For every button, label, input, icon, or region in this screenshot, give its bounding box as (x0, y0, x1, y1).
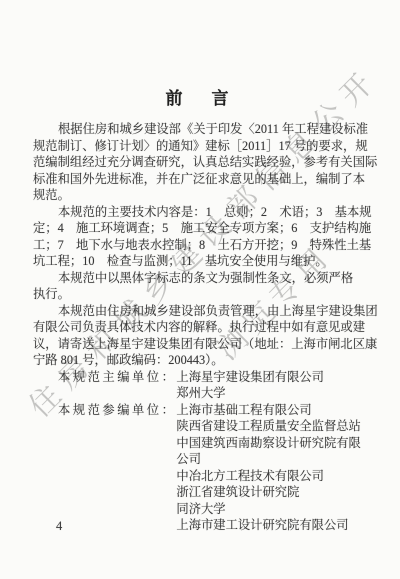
paragraph: 根据住房和城乡建设部《关于印发〈2011 年工程建设标准 规范制订、修订计划〉的… (33, 121, 363, 204)
editor-unit: 陕西省建设工程质量安全监督总站 (176, 418, 368, 435)
text-line: 有限公司负责具体技术内容的解释。执行过程中如有意见或建 (33, 319, 363, 336)
editor-unit: 中冶北方工程技术有限公司 (176, 468, 368, 485)
document-body: 根据住房和城乡建设部《关于印发〈2011 年工程建设标准 规范制订、修订计划〉的… (33, 121, 363, 534)
text-line: 规范。 (33, 187, 363, 204)
chief-editor-row: 本规范主编单位： 上海星宇建设集团有限公司 郑州大学 (58, 369, 363, 402)
paragraph: 本规范的主要技术内容是：1 总则；2 术语；3 基本规 定；4 施工环境调查；5… (33, 204, 363, 270)
text-line: 执行。 (33, 286, 363, 303)
chief-editor-units: 上海星宇建设集团有限公司 郑州大学 (176, 369, 368, 402)
editor-unit: 中国建筑西南勘察设计研究院有限公司 (176, 435, 368, 468)
editor-unit: 浙江省建筑设计研究院 (176, 484, 368, 501)
editor-unit: 郑州大学 (176, 385, 368, 402)
text-line: 坑工程；10 检查与监测；11 基坑安全使用与维护。 (33, 253, 363, 270)
text-line: 定；4 施工环境调查；5 施工安全专项方案；6 支护结构施 (33, 220, 363, 237)
page-title: 前 言 (0, 84, 400, 109)
editor-unit: 上海市建工设计研究院有限公司 (176, 517, 368, 534)
participating-editor-row: 本规范参编单位： 上海市基础工程有限公司 陕西省建设工程质量安全监督总站 中国建… (58, 402, 363, 534)
text-line: 工；7 地下水与地表水控制；8 土石方开挖；9 特殊性土基 (33, 237, 363, 254)
text-line: 议，请寄送上海星宇建设集团有限公司（地址：上海市闸北区康 (33, 336, 363, 353)
text-line: 标准和国外先进标准，并在广泛征求意见的基础上，编制了本 (33, 171, 363, 188)
participating-editor-label: 本规范参编单位： (58, 402, 176, 419)
text-line: 根据住房和城乡建设部《关于印发〈2011 年工程建设标准 (33, 121, 363, 138)
text-line: 本规范由住房和城乡建设部负责管理，由上海星宇建设集团 (33, 303, 363, 320)
paragraph: 本规范中以黑体字标志的条文为强制性条文，必须严格 执行。 (33, 270, 363, 303)
text-line: 本规范中以黑体字标志的条文为强制性条文，必须严格 (33, 270, 363, 287)
participating-editor-units: 上海市基础工程有限公司 陕西省建设工程质量安全监督总站 中国建筑西南勘察设计研究… (176, 402, 368, 534)
text-line: 本规范的主要技术内容是：1 总则；2 术语；3 基本规 (33, 204, 363, 221)
editor-unit: 上海市基础工程有限公司 (176, 402, 368, 419)
editor-units-section: 本规范主编单位： 上海星宇建设集团有限公司 郑州大学 本规范参编单位： 上海市基… (33, 369, 363, 534)
text-line: 范编制组经过充分调查研究，认真总结实践经验，参考有关国际 (33, 154, 363, 171)
page-number: 4 (56, 519, 62, 534)
chief-editor-label: 本规范主编单位： (58, 369, 176, 386)
editor-unit: 同济大学 (176, 501, 368, 518)
text-line: 规范制订、修订计划〉的通知》建标［2011］17 号的要求，规 (33, 138, 363, 155)
document-page: 住房和城乡建设部信息公开 浏览专用 前 言 根据住房和城乡建设部《关于印发〈20… (0, 0, 400, 579)
text-line: 宁路 801 号，邮政编码：200443）。 (33, 352, 363, 369)
paragraph: 本规范由住房和城乡建设部负责管理，由上海星宇建设集团 有限公司负责具体技术内容的… (33, 303, 363, 369)
editor-unit: 上海星宇建设集团有限公司 (176, 369, 368, 386)
